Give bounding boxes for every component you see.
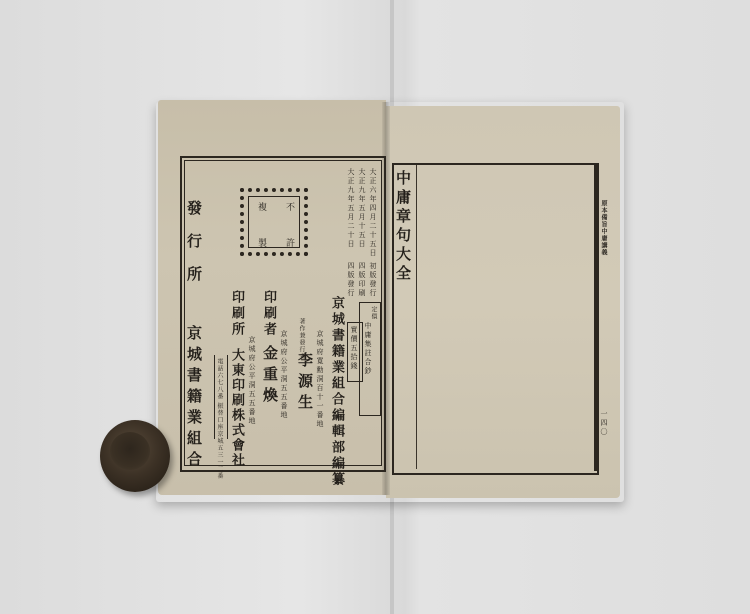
- date-fourth-issue: 大正九年五月二十日: [347, 168, 354, 249]
- paperweight-top: [110, 432, 150, 470]
- note-fourth-issue: 四版發行: [347, 262, 354, 298]
- stamp-char: 許: [286, 236, 295, 249]
- printer-address: 京城府公平洞五五番地: [280, 330, 287, 420]
- issuer-label: 發行所: [186, 200, 201, 299]
- price-label: 定價: [370, 306, 376, 320]
- issuer-name: 京城書籍業組合: [186, 325, 201, 472]
- running-head: 原本備旨中庸講義: [600, 200, 606, 256]
- printer-name: 金重煥: [262, 345, 277, 408]
- publisher-name: 李源生: [297, 352, 312, 415]
- title-column-divider: [416, 165, 417, 469]
- text-frame: [392, 163, 599, 475]
- book-title: 中庸章句大全: [395, 170, 410, 284]
- note-first-edition: 初版發行: [369, 262, 376, 298]
- stamp-char: 複: [258, 200, 267, 213]
- page-number: 一四〇: [600, 410, 607, 437]
- no-reproduction-stamp: 不 許 複 製: [240, 188, 308, 256]
- date-first-printing: 大正六年四月二十五日: [369, 168, 376, 258]
- price-value: 實價五拾錢: [350, 326, 357, 371]
- price-book-title: 中庸集註合鈔: [364, 322, 371, 376]
- stamp-char: 製: [258, 236, 267, 249]
- print-house-name: 大東印刷株式會社: [230, 348, 243, 468]
- date-fourth-printing: 大正九年五月十五日: [358, 168, 365, 249]
- print-house-label: 印刷所: [230, 290, 243, 338]
- photo-scene: 大正六年四月二十五日 大正九年五月十五日 大正九年五月二十日 初版發行 四版印刷…: [0, 0, 750, 614]
- page-spine-rule: [594, 163, 597, 471]
- issuer-phone: 電話六七八番 振替口座京城五三一二番: [216, 358, 222, 480]
- note-fourth-printing: 四版印刷: [358, 262, 365, 298]
- editor-name: 京城書籍業組合編輯部編纂: [330, 296, 343, 488]
- stamp-char: 不: [286, 200, 295, 213]
- print-house-address: 京城府公平洞五五番地: [248, 336, 255, 426]
- publisher-address: 京城府寛勳洞百十一番地: [316, 330, 323, 429]
- printer-label: 印刷者: [262, 290, 275, 338]
